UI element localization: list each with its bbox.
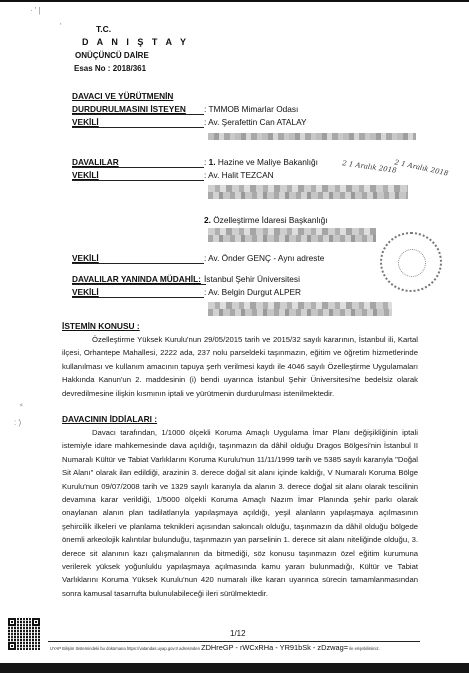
verification-code: ZDHreGP - rWCxRHa - YR91bSk - zDzwag= [201, 643, 348, 652]
verification-prefix: UYAP Bilişim Sistemindeki bu dokümana ht… [50, 646, 200, 651]
scan-bottom-edge [0, 663, 469, 673]
court-name: D A N I Ş T A Y [82, 37, 189, 47]
redacted-address [208, 185, 408, 199]
defendant-1-number: 1. [209, 157, 216, 167]
defendant-1: : 1. Hazine ve Maliye Bakanlığı [204, 157, 318, 167]
qr-finder [8, 642, 16, 650]
defendant-2-name: Özelleştirme İdaresi Başkanlığı [211, 215, 328, 225]
page-number: 1/12 [230, 629, 246, 638]
section-title-claims: DAVACININ İDDİALARI : [62, 414, 157, 424]
qr-finder [32, 618, 40, 626]
defendants-label: DAVALILAR [72, 157, 204, 168]
document-page: · ' | ' T.C. D A N I Ş T A Y ONÜÇÜNCÜ DA… [0, 0, 469, 663]
defendant-2: 2. Özelleştirme İdaresi Başkanlığı [204, 215, 328, 225]
defendant-1-attorney-label: VEKİLİ [72, 170, 204, 181]
redacted-address [208, 133, 416, 140]
footer-divider [48, 641, 420, 642]
redacted-address [208, 302, 392, 316]
scan-artifact: · ' | [30, 6, 41, 15]
received-date-stamp: 2 1 Aralık 2018 [342, 159, 397, 175]
section-title-request: İSTEMİN KONUSU : [62, 321, 140, 331]
verification-line: UYAP Bilişim Sistemindeki bu dokümana ht… [50, 643, 380, 652]
intervener-name: İstanbul Şehir Üniversitesi [204, 274, 300, 284]
verification-suffix: ile erişebilirsiniz. [349, 646, 379, 651]
intervener-attorney: : Av. Belgin Durgut ALPER [204, 287, 301, 297]
plaintiff-label-line1: DAVACI VE YÜRÜTMENİN [72, 91, 204, 101]
redacted-address [208, 228, 376, 242]
official-seal-stamp [380, 232, 442, 292]
scan-artifact: ⸗ [20, 400, 23, 409]
received-date-stamp: 2 1 Aralık 2018 [394, 158, 449, 177]
case-number: Esas No : 2018/361 [74, 64, 146, 73]
intervener-label: DAVALILAR YANINDA MÜDAHİL: [72, 274, 206, 285]
case-number-label: Esas No : [74, 64, 110, 73]
plaintiff-attorney-label: VEKİLİ [72, 117, 204, 128]
defendant-2-attorney: : Av. Önder GENÇ - Aynı adreste [204, 253, 324, 263]
qr-finder [8, 618, 16, 626]
country-label: T.C. [96, 24, 111, 34]
chamber-name: ONÜÇÜNCÜ DAİRE [75, 51, 149, 60]
section-body-request: Özelleştirme Yüksek Kurulu'nun 29/05/201… [62, 333, 418, 400]
qr-code [8, 618, 40, 650]
plaintiff-name: : TMMOB Mimarlar Odası [204, 104, 298, 114]
defendant-1-attorney: : Av. Halit TEZCAN [204, 170, 274, 180]
defendant-1-name: Hazine ve Maliye Bakanlığı [216, 157, 318, 167]
scan-artifact: : ) [14, 418, 21, 427]
intervener-attorney-label: VEKİLİ [72, 287, 204, 298]
section-body-claims: Davacı tarafından, 1/1000 ölçekli Koruma… [62, 426, 418, 600]
case-number-value: 2018/361 [113, 64, 146, 73]
plaintiff-label-line2: DURDURULMASINI İSTEYEN [72, 104, 204, 115]
defendant-2-attorney-label: VEKİLİ [72, 253, 204, 264]
scan-artifact: ' [60, 22, 62, 31]
defendant-2-number: 2. [204, 215, 211, 225]
plaintiff-attorney: : Av. Şerafettin Can ATALAY [204, 117, 307, 127]
